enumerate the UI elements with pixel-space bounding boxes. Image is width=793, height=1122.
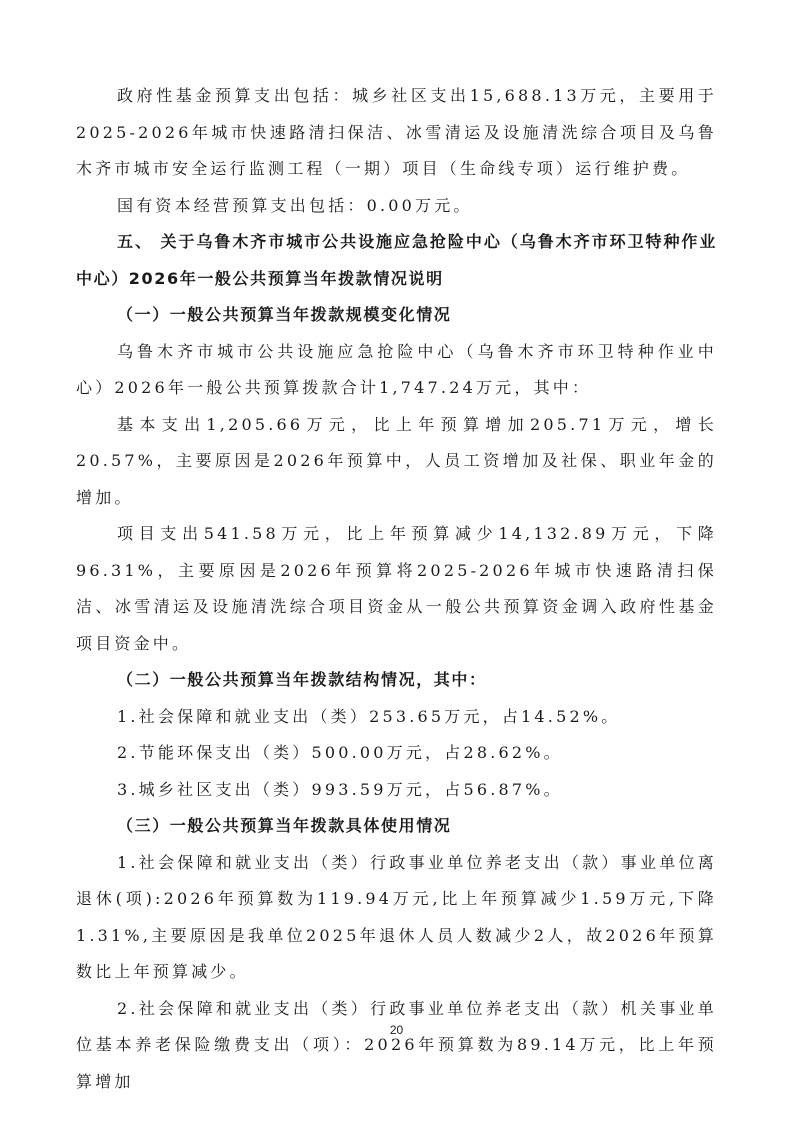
paragraph-basic-expenditure: 基本支出1,205.66万元，比上年预算增加205.71万元，增长20.57%，… xyxy=(76,407,717,517)
section-heading-5: 五、 关于乌鲁木齐市城市公共设施应急抢险中心（乌鲁木齐市环卫特种作业中心）202… xyxy=(76,224,717,297)
subsection-heading-1: （一）一般公共预算当年拨款规模变化情况 xyxy=(76,297,717,334)
paragraph-gov-fund-expenditure: 政府性基金预算支出包括：城乡社区支出15,688.13万元，主要用于2025-2… xyxy=(76,78,717,188)
paragraph-usage-item-1: 1.社会保障和就业支出（类）行政事业单位养老支出（款）事业单位离退休(项):20… xyxy=(76,845,717,991)
page-number: 20 xyxy=(0,1023,793,1037)
structure-item: 3.城乡社区支出（类）993.59万元，占56.87%。 xyxy=(76,772,717,809)
paragraph-usage-item-2: 2.社会保障和就业支出（类）行政事业单位养老支出（款）机关事业单位基本养老保险缴… xyxy=(76,991,717,1101)
document-page: 政府性基金预算支出包括：城乡社区支出15,688.13万元，主要用于2025-2… xyxy=(76,78,717,1100)
paragraph-state-capital-expenditure: 国有资本经营预算支出包括：0.00万元。 xyxy=(76,188,717,225)
paragraph-total-appropriation: 乌鲁木齐市城市公共设施应急抢险中心（乌鲁木齐市环卫特种作业中心）2026年一般公… xyxy=(76,334,717,407)
subsection-heading-2: （二）一般公共预算当年拨款结构情况，其中： xyxy=(76,662,717,699)
structure-item: 1.社会保障和就业支出（类）253.65万元，占14.52%。 xyxy=(76,699,717,736)
subsection-heading-3: （三）一般公共预算当年拨款具体使用情况 xyxy=(76,808,717,845)
paragraph-project-expenditure: 项目支出541.58万元，比上年预算减少14,132.89万元，下降96.31%… xyxy=(76,516,717,662)
structure-item: 2.节能环保支出（类）500.00万元，占28.62%。 xyxy=(76,735,717,772)
